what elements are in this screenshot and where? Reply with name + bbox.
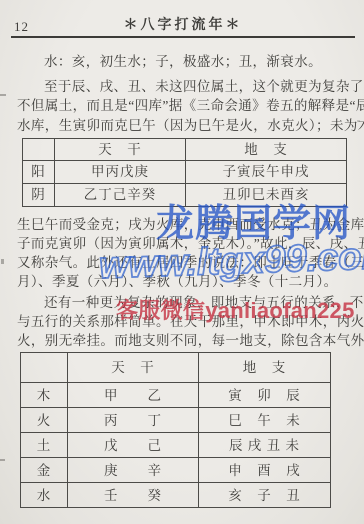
table-cell: 亥 子 丑	[199, 483, 331, 508]
scan-artifact	[0, 459, 5, 461]
body-line: 不但属土，而且是“四库”据《三命会通》卷五的解释是“辰为	[17, 96, 351, 115]
table-cell: 甲 乙	[68, 383, 199, 408]
body-line: 水库，生寅卯而克巳午（因为巳午是火，水克火）；未为木库，	[17, 116, 351, 135]
table-row: 阳 甲丙戊庚 子寅辰午申戌	[23, 160, 347, 183]
row-label-cell: 火	[21, 408, 68, 433]
table-row: 阴 乙丁己辛癸 丑卯巳未酉亥	[23, 183, 347, 206]
table-cell: 丙 丁	[68, 408, 199, 433]
table-cell: 巳 午 未	[199, 408, 331, 433]
table-cell: 寅 卯 辰	[199, 383, 331, 408]
table-cell: 庚 辛	[68, 458, 199, 483]
body-line: 还有一种更为复杂的现象，即地支与五行的关系，不象天干	[17, 293, 351, 312]
table-row: 水 壬 癸 亥 子 丑	[21, 483, 331, 508]
page-title: ＊八字打流年＊	[11, 14, 355, 34]
table-cell: 辰 戌 丑 未	[199, 433, 331, 458]
row-label-cell: 阳	[23, 160, 55, 183]
table-row: 金 庚 辛 申 酉 戌	[21, 458, 331, 483]
table-header-row: 天 干 地 支	[21, 353, 331, 383]
five-elements-stems-branches-table: 天 干 地 支 木 甲 乙 寅 卯 辰 火 丙 丁 巳 午 未 土 戊 己 辰 …	[20, 352, 331, 508]
row-label-cell: 金	[21, 458, 68, 483]
body-line: 子而克寅卯（因为寅卯属木，金克木）。”故此，辰、戌、丑、未	[17, 234, 351, 253]
table-header-cell: 地 支	[199, 353, 331, 383]
body-line: 又称杂气。此外还有土居四季的说法：即土旺于季春（三	[17, 253, 351, 272]
page-body: 水：亥，初生水；子，极盛水；丑，渐衰水。 至于辰、戌、丑、未这四位属土，这个就更…	[17, 52, 351, 508]
page-header: 12 ＊八字打流年＊	[11, 13, 355, 38]
table-header-cell	[21, 353, 68, 383]
body-line: 水：亥，初生水；子，极盛水；丑，渐衰水。	[17, 52, 351, 71]
body-line: 月）、季夏（六月）、季秋（九月）、季冬（十二月）。	[17, 272, 351, 291]
table-cell: 乙丁己辛癸	[55, 183, 186, 206]
row-label-cell: 木	[21, 383, 68, 408]
table-cell: 子寅辰午申戌	[186, 160, 347, 183]
table-row: 土 戊 己 辰 戌 丑 未	[21, 433, 331, 458]
yin-yang-stems-branches-table: 天 干 地 支 阳 甲丙戊庚 子寅辰午申戌 阴 乙丁己辛癸 丑卯巳未酉亥	[22, 138, 347, 207]
scan-artifact	[357, 120, 360, 122]
table-header-cell: 地 支	[186, 138, 347, 160]
table-cell: 丑卯巳未酉亥	[186, 183, 347, 206]
body-line: 火，别无牵挂。而地支则不同，每一地支，除包含本气外，还包	[17, 331, 351, 350]
table-row: 火 丙 丁 巳 午 未	[21, 408, 331, 433]
table-header-row: 天 干 地 支	[23, 138, 347, 160]
table-row: 木 甲 乙 寅 卯 辰	[21, 383, 331, 408]
table-header-cell: 天 干	[55, 138, 186, 160]
body-line: 与五行的关系那样简单。在天干那里，甲木即甲木，丙火即丙	[17, 312, 351, 331]
table-cell: 壬 癸	[68, 483, 199, 508]
row-label-cell: 水	[21, 483, 68, 508]
body-line: 至于辰、戌、丑、未这四位属土，这个就更为复杂了，它们	[17, 77, 351, 96]
row-label-cell: 土	[21, 433, 68, 458]
scan-artifact	[0, 94, 6, 96]
table-header-cell: 天 干	[68, 353, 199, 383]
row-label-cell: 阴	[23, 183, 55, 206]
table-header-cell	[23, 138, 55, 160]
table-cell: 戊 己	[68, 433, 199, 458]
table-cell: 甲丙戊庚	[55, 160, 186, 183]
scanned-book-page: 12 ＊八字打流年＊ 水：亥，初生水；子，极盛水；丑，渐衰水。 至于辰、戌、丑、…	[0, 0, 364, 524]
scan-artifact	[1, 259, 4, 264]
body-line: 生巳午而受金克；戌为火库，克申酉而受水克；丑为金库，生亥	[17, 215, 351, 234]
table-cell: 申 酉 戌	[199, 458, 331, 483]
